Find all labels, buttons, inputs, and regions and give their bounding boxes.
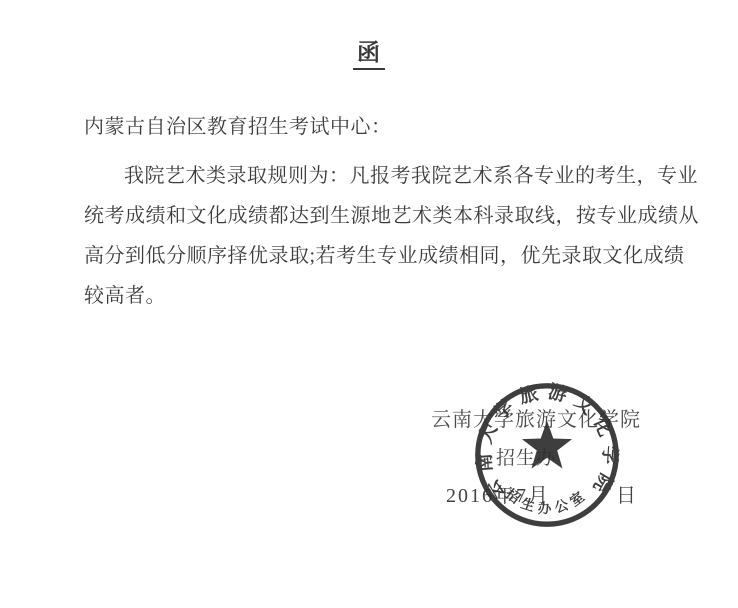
body-line: 较高者。 [84, 276, 699, 316]
addressee-line: 内蒙古自治区教育招生考试中心： [84, 110, 392, 139]
document-title-text: 函 [353, 34, 385, 70]
scanned-letter-page: 函 内蒙古自治区教育招生考试中心： 我院艺术类录取规则为：凡报考我院艺术系各专业… [0, 0, 738, 608]
document-title: 函 [0, 34, 738, 70]
body-line: 我院艺术类录取规则为：凡报考我院艺术系各专业的考生，专业 [84, 156, 699, 196]
body-line: 统考成绩和文化成绩都达到生源地艺术类本科录取线，按专业成绩从 [84, 196, 699, 236]
seal-bottom-text: 招生办公室 [502, 485, 591, 516]
official-seal-stamp: 云南大学旅游文化学院 招生办公室 [471, 379, 623, 531]
body-line: 高分到低分顺序择优录取;若考生专业成绩相同，优先录取文化成绩 [84, 236, 699, 276]
seal-star-icon [522, 421, 572, 469]
letter-body: 我院艺术类录取规则为：凡报考我院艺术系各专业的考生，专业 统考成绩和文化成绩都达… [84, 156, 699, 316]
